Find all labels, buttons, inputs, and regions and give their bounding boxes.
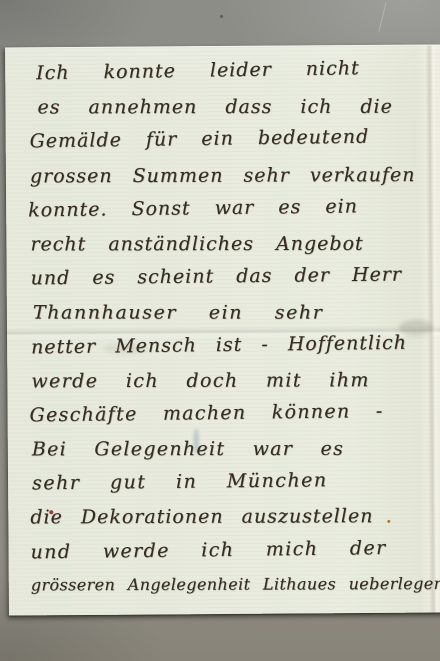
handwriting-line-10: werde ich doch mit ihm (29, 369, 437, 405)
handwriting-line-1: Ich konnte leider nicht (27, 56, 435, 97)
letter-page: Ich konnte leider nicht es annehmen dass… (5, 44, 440, 615)
handwriting-line-13: sehr gut in München (30, 468, 438, 506)
handwriting-line-8: Thannhauser ein sehr (29, 302, 437, 336)
photo-background: Ich konnte leider nicht es annehmen dass… (0, 0, 440, 661)
backdrop-speck (220, 15, 223, 18)
handwriting-line-4: grossen Summen sehr verkaufen (28, 164, 436, 200)
handwriting-line-16: grösseren Angelegenheit Lithaues ueberle… (31, 574, 439, 610)
handwriting-line-7: und es scheint das der Herr (28, 263, 436, 301)
handwriting-line-5: konnte. Sonst war es ein (28, 194, 436, 233)
handwriting-line-11: Geschäfte machen können - (29, 399, 437, 438)
handwriting-line-9: netter Mensch ist - Hoffentlich (29, 331, 437, 370)
backdrop-scratch (378, 2, 386, 31)
handwriting-line-15: und werde ich mich der (30, 536, 438, 575)
handwriting-line-14: die Dekorationen auszustellen (30, 505, 438, 541)
handwriting-line-6: recht anständliches Angebot (28, 233, 436, 268)
handwriting-line-12: Bei Gelegenheit war es (30, 438, 438, 473)
handwriting-line-3: Gemälde für ein bedeutend (27, 125, 435, 165)
handwritten-text: Ich konnte leider nicht es annehmen dass… (27, 60, 439, 610)
